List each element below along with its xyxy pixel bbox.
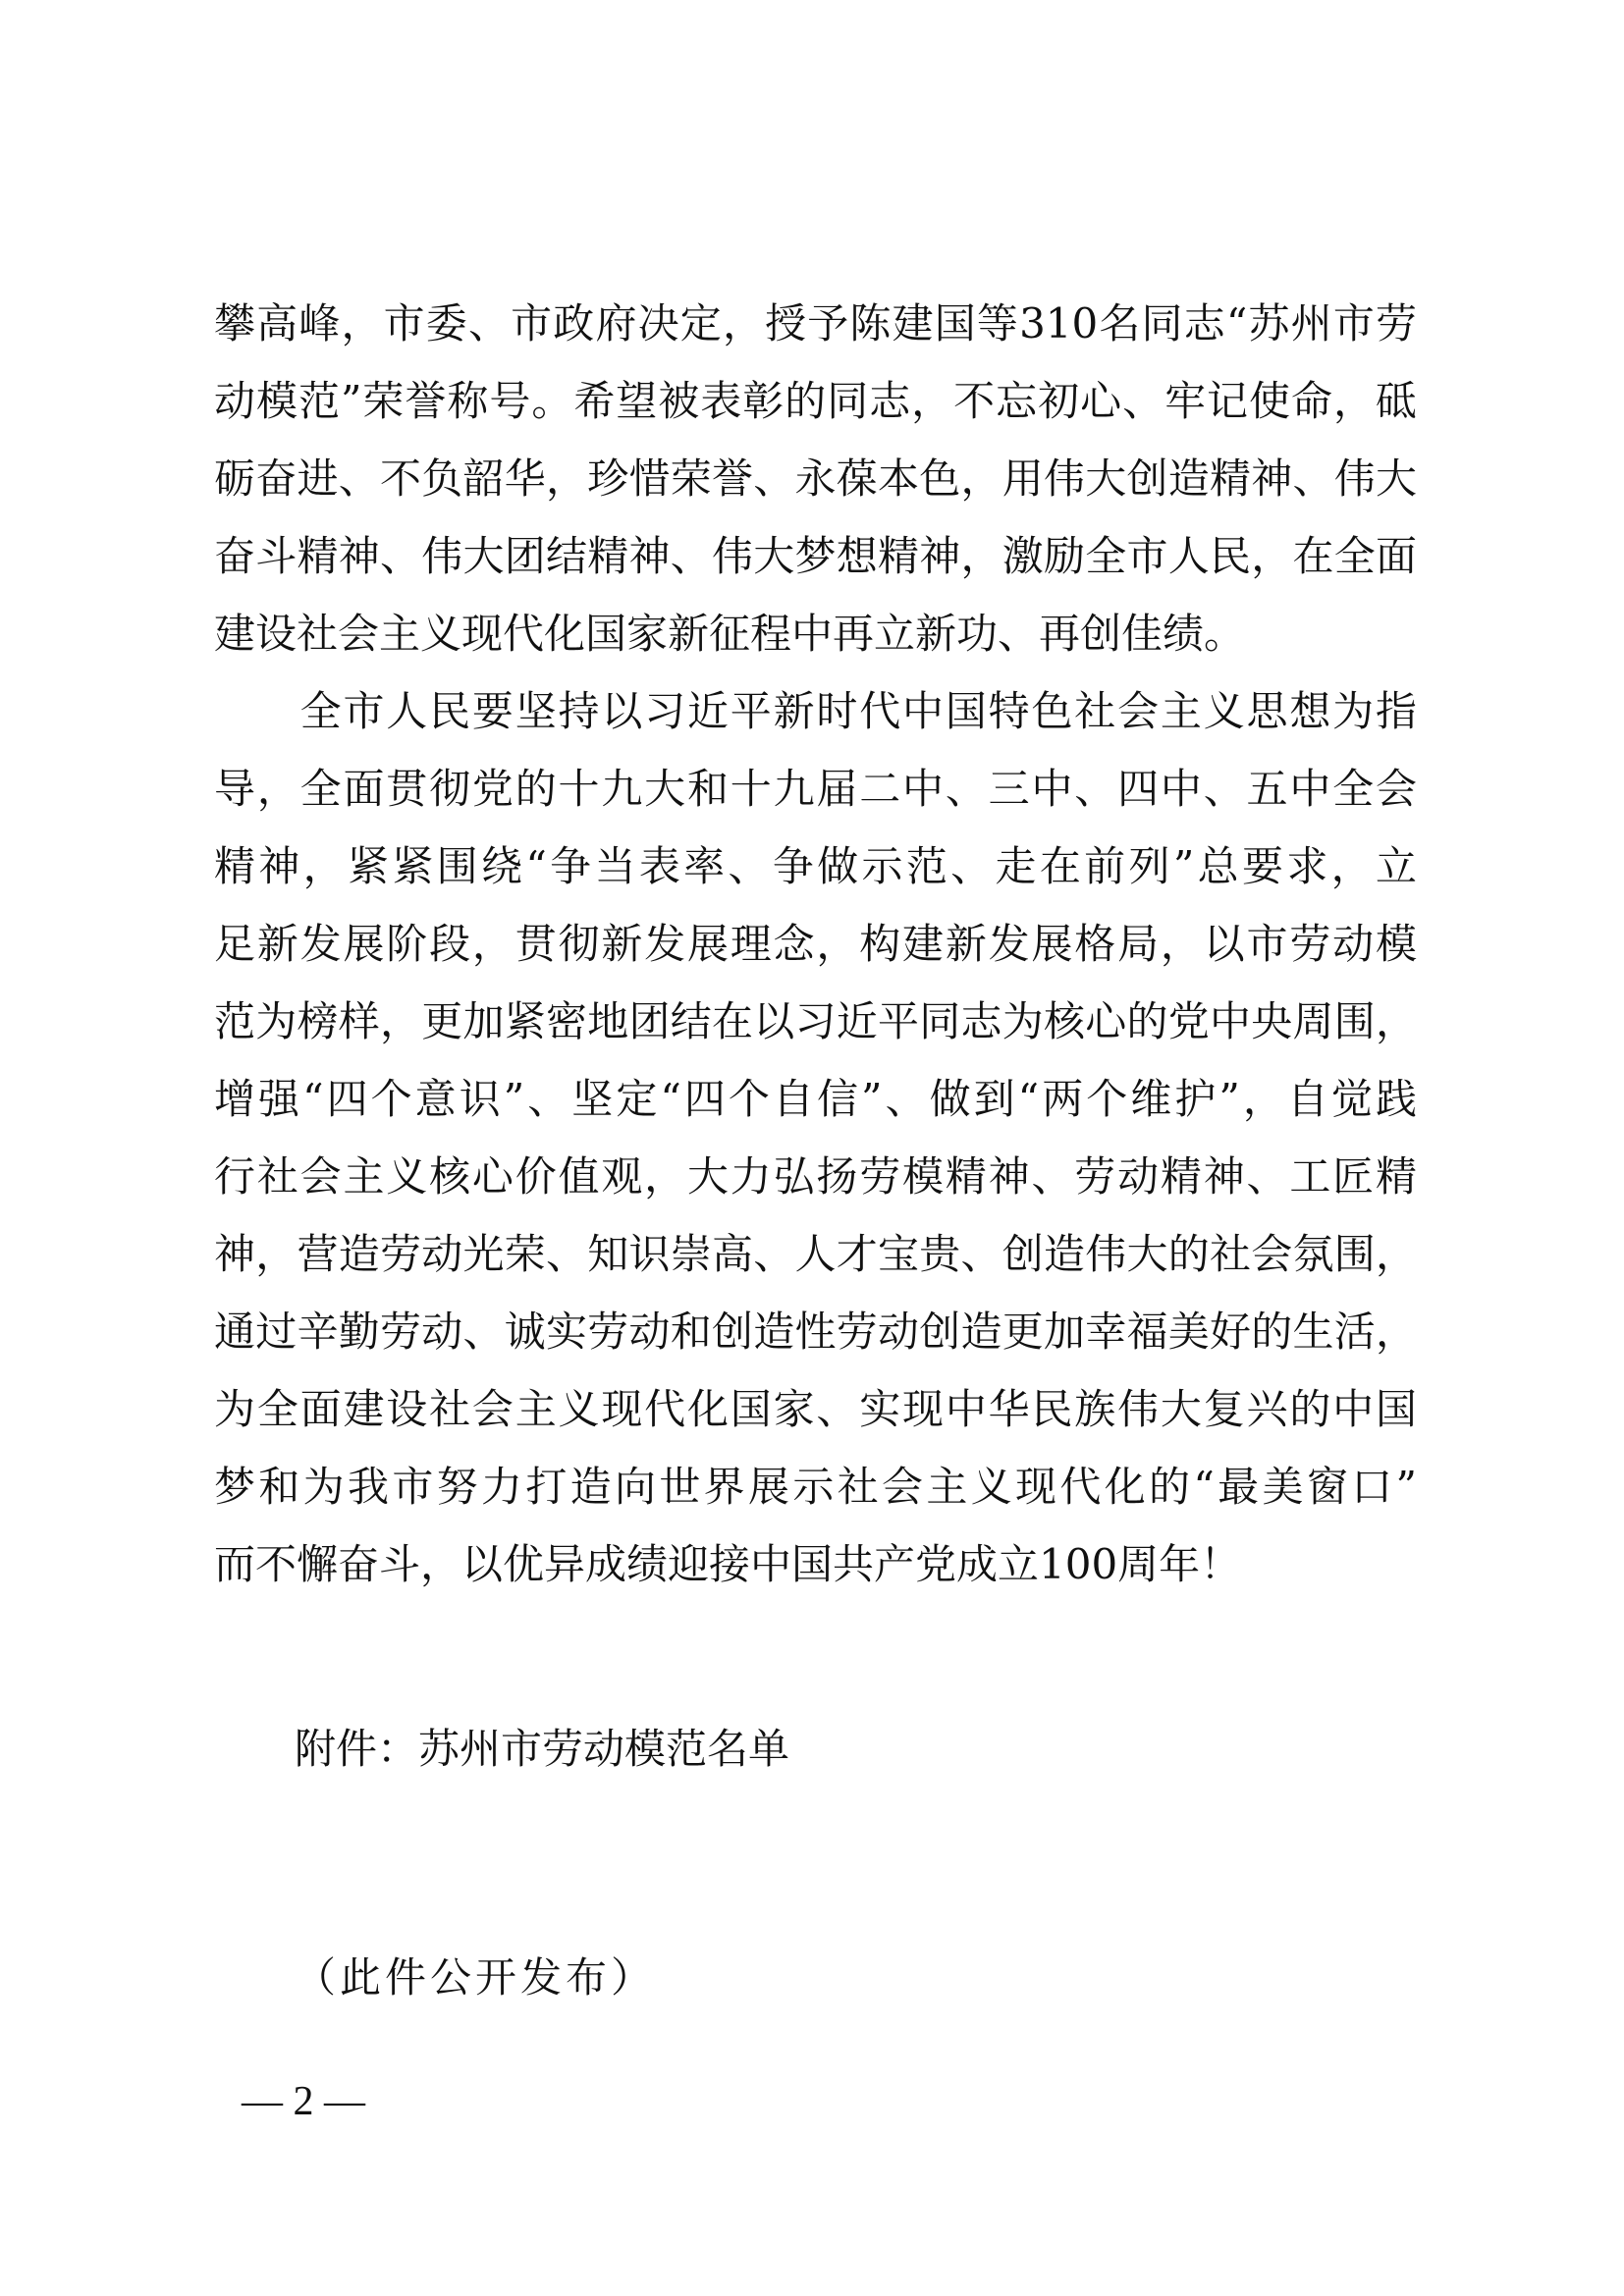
paragraph2-line-12: 而不懈奋斗，以优异成绩迎接中国共产党成立100周年！ xyxy=(214,1540,1417,1589)
paragraph2-line-5: 范为榜样，更加紧密地团结在以习近平同志为核心的党中央周围， xyxy=(214,997,1417,1046)
paragraph1-line-1: 攀高峰，市委、市政府决定，授予陈建国等310名同志“苏州市劳 xyxy=(214,299,1417,348)
paragraph1-line-2: 动模范”荣誉称号。希望被表彰的同志，不忘初心、牢记使命，砥 xyxy=(214,377,1417,426)
page-number: — 2 — xyxy=(242,2077,365,2126)
paragraph1-line-5: 建设社会主义现代化国家新征程中再立新功、再创佳绩。 xyxy=(214,610,1417,659)
paragraph2-line-8: 神，营造劳动光荣、知识崇高、人才宝贵、创造伟大的社会氛围， xyxy=(214,1230,1417,1279)
document-page: 攀高峰，市委、市政府决定，授予陈建国等310名同志“苏州市劳 动模范”荣誉称号。… xyxy=(0,0,1624,2296)
paragraph1-line-3: 砺奋进、不负韶华，珍惜荣誉、永葆本色，用伟大创造精神、伟大 xyxy=(214,454,1417,504)
publication-note: （此件公开发布） xyxy=(295,1953,656,2002)
paragraph2-line-2: 导，全面贯彻党的十九大和十九届二中、三中、四中、五中全会 xyxy=(214,765,1417,814)
paragraph2-line-6: 增强“四个意识”、坚定“四个自信”、做到“两个维护”，自觉践 xyxy=(214,1075,1417,1124)
paragraph1-line-4: 奋斗精神、伟大团结精神、伟大梦想精神，激励全市人民，在全面 xyxy=(214,532,1417,581)
paragraph2-line-11: 梦和为我市努力打造向世界展示社会主义现代化的“最美窗口” xyxy=(214,1463,1417,1512)
paragraph2-line-1: 全市人民要坚持以习近平新时代中国特色社会主义思想为指 xyxy=(214,687,1417,736)
paragraph2-line-3: 精神，紧紧围绕“争当表率、争做示范、走在前列”总要求，立 xyxy=(214,842,1417,891)
paragraph2-line-7: 行社会主义核心价值观，大力弘扬劳模精神、劳动精神、工匠精 xyxy=(214,1152,1417,1201)
paragraph2-line-4: 足新发展阶段，贯彻新发展理念，构建新发展格局，以市劳动模 xyxy=(214,920,1417,969)
paragraph2-line-10: 为全面建设社会主义现代化国家、实现中华民族伟大复兴的中国 xyxy=(214,1385,1417,1434)
attachment-note: 附件：苏州市劳动模范名单 xyxy=(295,1725,789,1774)
paragraph2-line-9: 通过辛勤劳动、诚实劳动和创造性劳动创造更加幸福美好的生活， xyxy=(214,1308,1417,1357)
